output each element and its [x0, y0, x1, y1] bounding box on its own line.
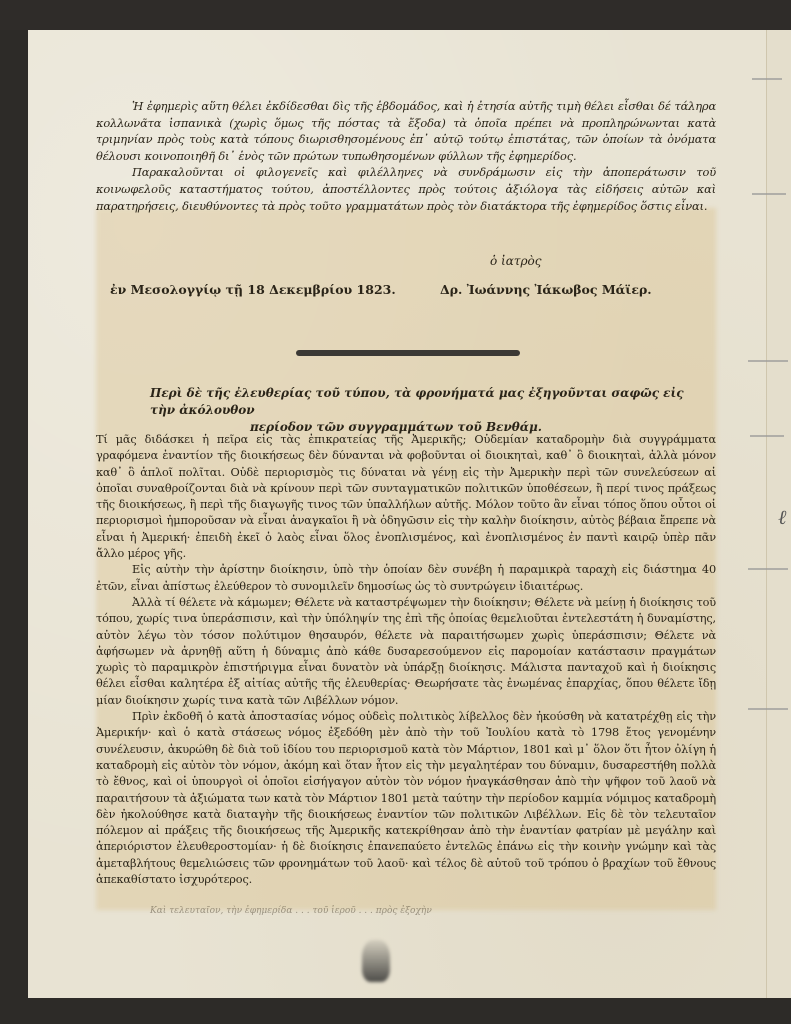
fold-mark [748, 568, 788, 570]
body-paragraph: Ἀλλὰ τί θέλετε νὰ κάμωμεν; Θέλετε νὰ κατ… [96, 595, 716, 709]
margin-ink-mark: ℓ [778, 505, 786, 530]
fold-mark [748, 708, 788, 710]
section-divider-rule [296, 350, 520, 356]
body-paragraph: Εἰς αὐτὴν τὴν ἀρίστην διοίκησιν, ὑπὸ τὴν… [96, 562, 716, 595]
fold-mark [752, 193, 786, 195]
fold-mark [750, 435, 784, 437]
intro-paragraph: Παρακαλοῦνται οἱ φιλογενεῖς καὶ φιλέλλην… [96, 164, 716, 214]
body-paragraph: Πρὶν ἐκδοθῆ ὁ κατὰ ἀποστασίας νόμος οὐδε… [96, 709, 716, 888]
signature-name: Δρ. Ἰωάννης Ἰάκωβος Μάϊερ. [440, 282, 652, 297]
bleed-through-text: Καὶ τελευταῖον, τὴν ἐφημερίδα . . . τοῦ … [150, 905, 720, 918]
body-section: Τί μᾶς διδάσκει ἡ πεῖρα εἰς τὰς ἐπικρατε… [96, 432, 716, 888]
signature-title: ὁ ἰατρὸς [490, 254, 542, 268]
section-heading: Περὶ δὲ τῆς ἐλευθερίας τοῦ τύπου, τὰ φρο… [150, 385, 710, 436]
body-paragraph: Τί μᾶς διδάσκει ἡ πεῖρα εἰς τὰς ἐπικρατε… [96, 432, 716, 562]
date-line: ἐν Μεσολογγίῳ τῇ 18 Δεκεμβρίου 1823. [110, 282, 396, 297]
fold-mark [748, 360, 788, 362]
ink-smudge [362, 940, 390, 982]
heading-line-1: Περὶ δὲ τῆς ἐλευθερίας τοῦ τύπου, τὰ φρο… [150, 386, 684, 417]
scanner-background [0, 0, 791, 30]
intro-paragraph: Ἡ ἐφημερὶς αὕτη θέλει ἐκδίδεσθαι δὶς τῆς… [96, 98, 716, 164]
fold-mark [752, 78, 782, 80]
intro-section: Ἡ ἐφημερὶς αὕτη θέλει ἐκδίδεσθαι δὶς τῆς… [96, 98, 716, 214]
